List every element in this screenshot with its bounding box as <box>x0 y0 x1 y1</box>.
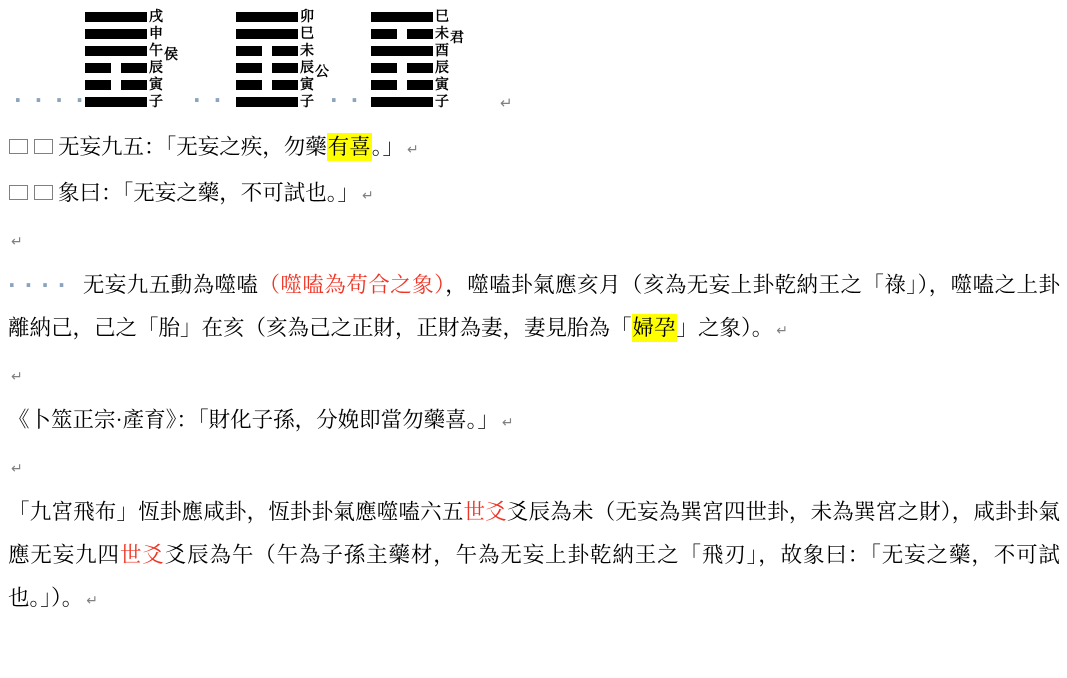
document-page: 戌 申 午侯 辰 寅 子 卯 巳 未 辰公 寅 子 巳 未君 酉 辰 寅 子 ·… <box>0 0 1067 678</box>
hexagram-line: 午侯 <box>85 42 178 59</box>
text-run: 《卜筮正宗·產育》：「財化子孫，分娩即當勿藥喜。」 <box>8 408 499 432</box>
hexagram-wu-wang: 戌 申 午侯 辰 寅 子 <box>85 8 178 110</box>
hexagram-line: 未 <box>236 42 329 59</box>
ideographic-space-mark <box>34 139 53 154</box>
hexagram-line: 巳 <box>371 8 464 25</box>
line-break-mark: ↵ <box>86 593 98 609</box>
empty-paragraph: ↵ <box>8 218 1060 264</box>
red-text: 世爻 <box>120 543 165 567</box>
hexagram-line: 辰公 <box>236 59 329 76</box>
hexagram-yi: 卯 巳 未 辰公 寅 子 <box>236 8 329 110</box>
hexagram-line: 巳 <box>236 25 329 42</box>
hexagram-line: 寅 <box>371 76 464 93</box>
branch-label: 巳 <box>435 10 449 24</box>
paragraph-jiugong: 「九宮飛布」恆卦應咸卦，恆卦卦氣應噬嗑六五世爻爻辰為未（无妄為巽宮四世卦，未為巽… <box>8 491 1060 623</box>
shi-marker: 君 <box>450 31 464 45</box>
yao-line <box>371 80 433 90</box>
branch-label: 寅 <box>149 78 163 92</box>
branch-label: 未 <box>435 27 449 41</box>
hexagram-section: 戌 申 午侯 辰 寅 子 卯 巳 未 辰公 寅 子 巳 未君 酉 辰 寅 子 ·… <box>0 8 1067 126</box>
branch-label: 酉 <box>435 44 449 58</box>
line-break-mark: ↵ <box>776 323 788 339</box>
branch-label: 辰 <box>149 61 163 75</box>
hexagram-line: 子 <box>85 93 178 110</box>
branch-label: 子 <box>435 95 449 109</box>
yao-line <box>85 63 147 73</box>
branch-label: 辰 <box>300 61 314 75</box>
space-marks: ···· <box>8 273 74 297</box>
yao-line <box>371 46 433 56</box>
branch-label: 巳 <box>300 27 314 41</box>
branch-label: 子 <box>300 95 314 109</box>
highlighted-text: 婦孕 <box>632 314 677 342</box>
line-break-mark: ↵ <box>11 369 23 385</box>
yao-line <box>371 12 433 22</box>
branch-label: 午 <box>149 44 163 58</box>
branch-label: 寅 <box>300 78 314 92</box>
space-marks: ·· <box>193 90 234 110</box>
yao-line <box>236 12 298 22</box>
yao-line <box>85 29 147 39</box>
line-break-mark: ↵ <box>11 234 23 250</box>
hexagram-line: 子 <box>371 93 464 110</box>
paragraph-analysis: ····无妄九五動為噬嗑（噬嗑為苟合之象），噬嗑卦氣應亥月（亥為无妄上卦乾納王之… <box>8 264 1060 353</box>
space-marks: ···· <box>14 90 96 110</box>
red-text: （噬嗑為苟合之象） <box>258 273 445 297</box>
branch-label: 寅 <box>435 78 449 92</box>
ideographic-space-mark <box>34 185 53 200</box>
hexagram-line: 辰 <box>371 59 464 76</box>
hexagram-line: 卯 <box>236 8 329 25</box>
hexagram-line: 子 <box>236 93 329 110</box>
hexagram-line: 戌 <box>85 8 178 25</box>
branch-label: 辰 <box>435 61 449 75</box>
yao-line <box>85 46 147 56</box>
yao-line <box>236 97 298 107</box>
line-break-mark: ↵ <box>11 461 23 477</box>
branch-label: 申 <box>149 27 163 41</box>
hexagram-line: 寅 <box>85 76 178 93</box>
line-break-mark: ↵ <box>362 188 374 204</box>
line-break-mark: ↵ <box>502 415 514 431</box>
hexagram-shi-he: 巳 未君 酉 辰 寅 子 <box>371 8 464 110</box>
yao-line <box>371 97 433 107</box>
ideographic-space-mark <box>9 185 28 200</box>
red-text: 世爻 <box>464 500 507 524</box>
ideographic-space-mark <box>9 139 28 154</box>
highlighted-text: 有喜 <box>327 133 372 161</box>
paragraph-yaoci: 无妄九五：「无妄之疾，勿藥有喜。」↵ <box>8 126 1060 172</box>
text-run: 象曰：「无妄之藥，不可試也。」 <box>58 181 359 205</box>
document-text: 无妄九五：「无妄之疾，勿藥有喜。」↵ 象曰：「无妄之藥，不可試也。」↵ ↵ ··… <box>8 126 1060 623</box>
empty-paragraph: ↵ <box>8 353 1060 399</box>
branch-label: 未 <box>300 44 314 58</box>
empty-paragraph: ↵ <box>8 445 1060 491</box>
branch-label: 子 <box>149 95 163 109</box>
text-run: 。」 <box>372 135 404 159</box>
text-run: 爻辰為午（午為子孫主藥材，午為无妄上卦乾納王之「飛刃」，故象曰：「无妄之藥，不可… <box>8 543 1060 610</box>
yao-line <box>85 12 147 22</box>
yao-line <box>236 29 298 39</box>
paragraph-xiangci: 象曰：「无妄之藥，不可試也。」↵ <box>8 172 1060 218</box>
shi-marker: 侯 <box>164 48 178 62</box>
yao-line <box>236 46 298 56</box>
branch-label: 戌 <box>149 10 163 24</box>
line-break-mark: ↵ <box>500 94 513 112</box>
text-run: 」之象）。 <box>677 316 774 340</box>
yao-line <box>371 63 433 73</box>
line-break-mark: ↵ <box>407 142 419 158</box>
paragraph-quote: 《卜筮正宗·產育》：「財化子孫，分娩即當勿藥喜。」↵ <box>8 399 1060 445</box>
yao-line <box>371 29 433 39</box>
text-run: 无妄九五：「无妄之疾，勿藥 <box>58 135 327 159</box>
shi-marker: 公 <box>315 65 329 79</box>
hexagram-line: 申 <box>85 25 178 42</box>
text-run: 无妄九五動為噬嗑 <box>82 273 258 297</box>
yao-line <box>236 80 298 90</box>
yao-line <box>236 63 298 73</box>
branch-label: 卯 <box>300 10 314 24</box>
space-marks: ·· <box>330 90 371 110</box>
hexagram-line: 未君 <box>371 25 464 42</box>
text-run: 「九宮飛布」恆卦應咸卦，恆卦卦氣應噬嗑六五 <box>8 500 464 524</box>
